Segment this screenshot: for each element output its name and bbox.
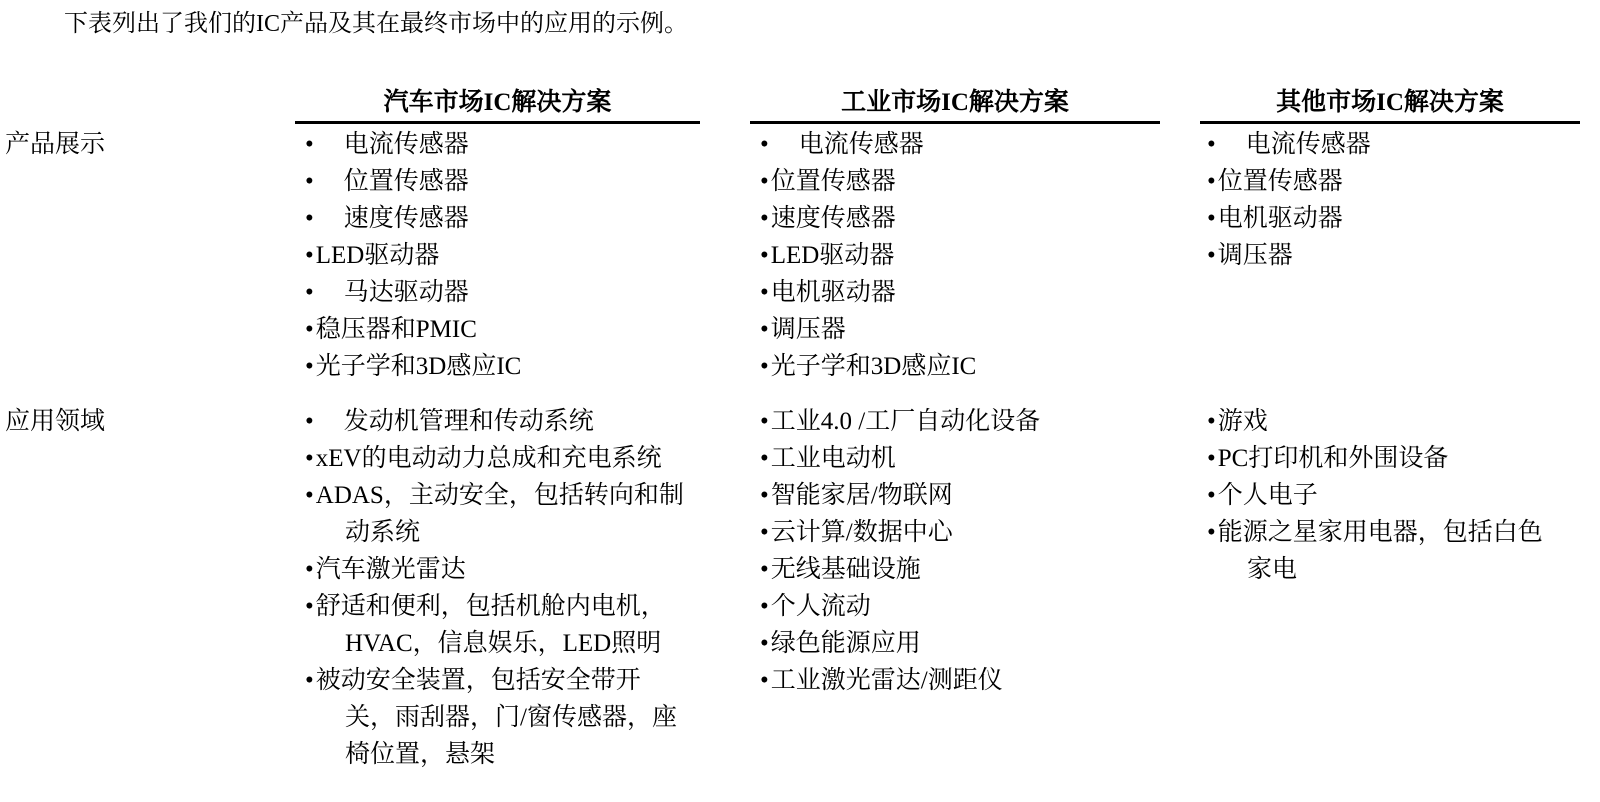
products-list-automotive: •电流传感器 •位置传感器 •速度传感器 •LED驱动器 •马达驱动器 •稳压器… [295,126,689,385]
bullet-icon: • [305,482,314,509]
application-item: •xEV的电动动力总成和充电系统 [305,440,689,477]
product-item: •稳压器和PMIC [305,311,689,348]
application-item-text: 能源之星家用电器，包括白色家电 [1218,519,1543,583]
column-header-industrial-label: 工业市场IC解决方案 [841,89,1069,116]
application-item: •个人电子 [1207,477,1557,514]
bullet-icon: • [760,316,769,343]
application-item: •汽车激光雷达 [305,551,689,588]
bullet-icon: • [760,482,769,509]
application-item-text: 工业激光雷达/测距仪 [771,667,1003,694]
product-item-text: 电机驱动器 [771,279,896,306]
product-item-text: 位置传感器 [1218,168,1343,195]
bullet-icon: • [1207,242,1216,269]
product-item-text: 光子学和3D感应IC [316,353,522,380]
bullet-icon: • [760,408,769,435]
product-item: •马达驱动器 [305,274,689,311]
row-label-applications: 应用领域 [5,403,105,440]
product-item-text: 调压器 [1218,242,1293,269]
bullet-icon: • [760,630,769,657]
bullet-icon: • [760,593,769,620]
products-list-other: •电流传感器 •位置传感器 •电机驱动器 •调压器 [1197,126,1557,274]
application-item: •智能家居/物联网 [760,477,1160,514]
product-item-text: 电流传感器 [799,131,924,158]
application-item-text: 舒适和便利，包括机舱内电机，HVAC，信息娱乐，LED照明 [316,593,666,657]
product-item-text: 稳压器和PMIC [316,316,477,343]
application-item: •工业激光雷达/测距仪 [760,662,1160,699]
application-item: •PC打印机和外围设备 [1207,440,1557,477]
product-item-text: 光子学和3D感应IC [771,353,977,380]
application-item: •游戏 [1207,403,1557,440]
application-item: •ADAS，主动安全，包括转向和制动系统 [305,477,689,551]
bullet-icon: • [1207,408,1216,435]
application-item-text: 无线基础设施 [771,556,921,583]
application-item-text: 被动安全装置，包括安全带开关，雨刮器，门/窗传感器，座椅位置，悬架 [316,667,677,768]
product-item-text: 电流传感器 [344,131,469,158]
bullet-icon: • [305,556,314,583]
column-header-other: 其他市场IC解决方案 [1200,84,1580,124]
bullet-icon: • [760,556,769,583]
bullet-icon: • [760,205,769,232]
bullet-icon: • [305,131,314,158]
bullet-icon: • [760,353,769,380]
row-label-products: 产品展示 [5,126,105,163]
applications-list-other: •游戏 •PC打印机和外围设备 •个人电子 •能源之星家用电器，包括白色家电 [1197,403,1557,588]
application-item: •云计算/数据中心 [760,514,1160,551]
bullet-icon: • [760,667,769,694]
application-item: •工业电动机 [760,440,1160,477]
application-item-text: 工业4.0 /工厂自动化设备 [771,408,1040,435]
product-item-text: 马达驱动器 [344,279,469,306]
application-item-text: xEV的电动动力总成和充电系统 [316,445,662,472]
application-item: •被动安全装置，包括安全带开关，雨刮器，门/窗传感器，座椅位置，悬架 [305,662,689,773]
application-item: •发动机管理和传动系统 [305,403,689,440]
product-item: •位置传感器 [760,163,1160,200]
product-item: •电流传感器 [305,126,689,163]
bullet-icon: • [1207,131,1216,158]
product-item: •电机驱动器 [1207,200,1557,237]
product-item: •位置传感器 [305,163,689,200]
product-item: •电流传感器 [760,126,1160,163]
bullet-icon: • [305,667,314,694]
application-item: •个人流动 [760,588,1160,625]
product-item-text: 速度传感器 [771,205,896,232]
application-item: •绿色能源应用 [760,625,1160,662]
bullet-icon: • [760,279,769,306]
application-item-text: 智能家居/物联网 [771,482,953,509]
product-item-text: LED驱动器 [771,242,895,269]
document-page: 下表列出了我们的IC产品及其在最终市场中的应用的示例。 汽车市场IC解决方案 工… [0,0,1600,802]
product-item: •调压器 [760,311,1160,348]
bullet-icon: • [305,242,314,269]
intro-text: 下表列出了我们的IC产品及其在最终市场中的应用的示例。 [64,6,688,43]
product-item-text: 位置传感器 [344,168,469,195]
application-item-text: 汽车激光雷达 [316,556,466,583]
column-header-automotive: 汽车市场IC解决方案 [295,84,700,124]
application-item-text: 个人流动 [771,593,871,620]
product-item: •LED驱动器 [305,237,689,274]
product-item: •电机驱动器 [760,274,1160,311]
bullet-icon: • [305,205,314,232]
application-item-text: 绿色能源应用 [771,630,921,657]
application-item-text: 云计算/数据中心 [771,519,953,546]
product-item: •电流传感器 [1207,126,1557,163]
product-item: •光子学和3D感应IC [305,348,689,385]
bullet-icon: • [760,445,769,472]
product-item: •速度传感器 [305,200,689,237]
bullet-icon: • [305,168,314,195]
application-item: •能源之星家用电器，包括白色家电 [1207,514,1557,588]
product-item-text: LED驱动器 [316,242,440,269]
product-item: •LED驱动器 [760,237,1160,274]
product-item-text: 电流传感器 [1246,131,1371,158]
application-item: •舒适和便利，包括机舱内电机，HVAC，信息娱乐，LED照明 [305,588,689,662]
applications-list-industrial: •工业4.0 /工厂自动化设备 •工业电动机 •智能家居/物联网 •云计算/数据… [750,403,1160,699]
bullet-icon: • [305,593,314,620]
application-item-text: 游戏 [1218,408,1268,435]
product-item: •光子学和3D感应IC [760,348,1160,385]
bullet-icon: • [1207,519,1216,546]
bullet-icon: • [1207,482,1216,509]
bullet-icon: • [305,408,314,435]
column-header-other-label: 其他市场IC解决方案 [1276,89,1504,116]
product-item-text: 调压器 [771,316,846,343]
column-header-industrial: 工业市场IC解决方案 [750,84,1160,124]
application-item-text: 工业电动机 [771,445,896,472]
product-item: •调压器 [1207,237,1557,274]
products-list-industrial: •电流传感器 •位置传感器 •速度传感器 •LED驱动器 •电机驱动器 •调压器… [750,126,1160,385]
bullet-icon: • [305,445,314,472]
bullet-icon: • [760,131,769,158]
bullet-icon: • [305,353,314,380]
application-item-text: ADAS，主动安全，包括转向和制动系统 [316,482,684,546]
bullet-icon: • [305,316,314,343]
product-item-text: 速度传感器 [344,205,469,232]
column-header-automotive-label: 汽车市场IC解决方案 [384,89,612,116]
product-item: •位置传感器 [1207,163,1557,200]
bullet-icon: • [760,519,769,546]
bullet-icon: • [760,242,769,269]
bullet-icon: • [1207,205,1216,232]
applications-list-automotive: •发动机管理和传动系统 •xEV的电动动力总成和充电系统 •ADAS，主动安全，… [295,403,689,773]
product-item-text: 电机驱动器 [1218,205,1343,232]
application-item: •无线基础设施 [760,551,1160,588]
bullet-icon: • [760,168,769,195]
bullet-icon: • [1207,445,1216,472]
product-item-text: 位置传感器 [771,168,896,195]
bullet-icon: • [1207,168,1216,195]
product-item: •速度传感器 [760,200,1160,237]
application-item-text: 个人电子 [1218,482,1318,509]
application-item: •工业4.0 /工厂自动化设备 [760,403,1160,440]
application-item-text: 发动机管理和传动系统 [344,408,594,435]
bullet-icon: • [305,279,314,306]
application-item-text: PC打印机和外围设备 [1218,445,1449,472]
